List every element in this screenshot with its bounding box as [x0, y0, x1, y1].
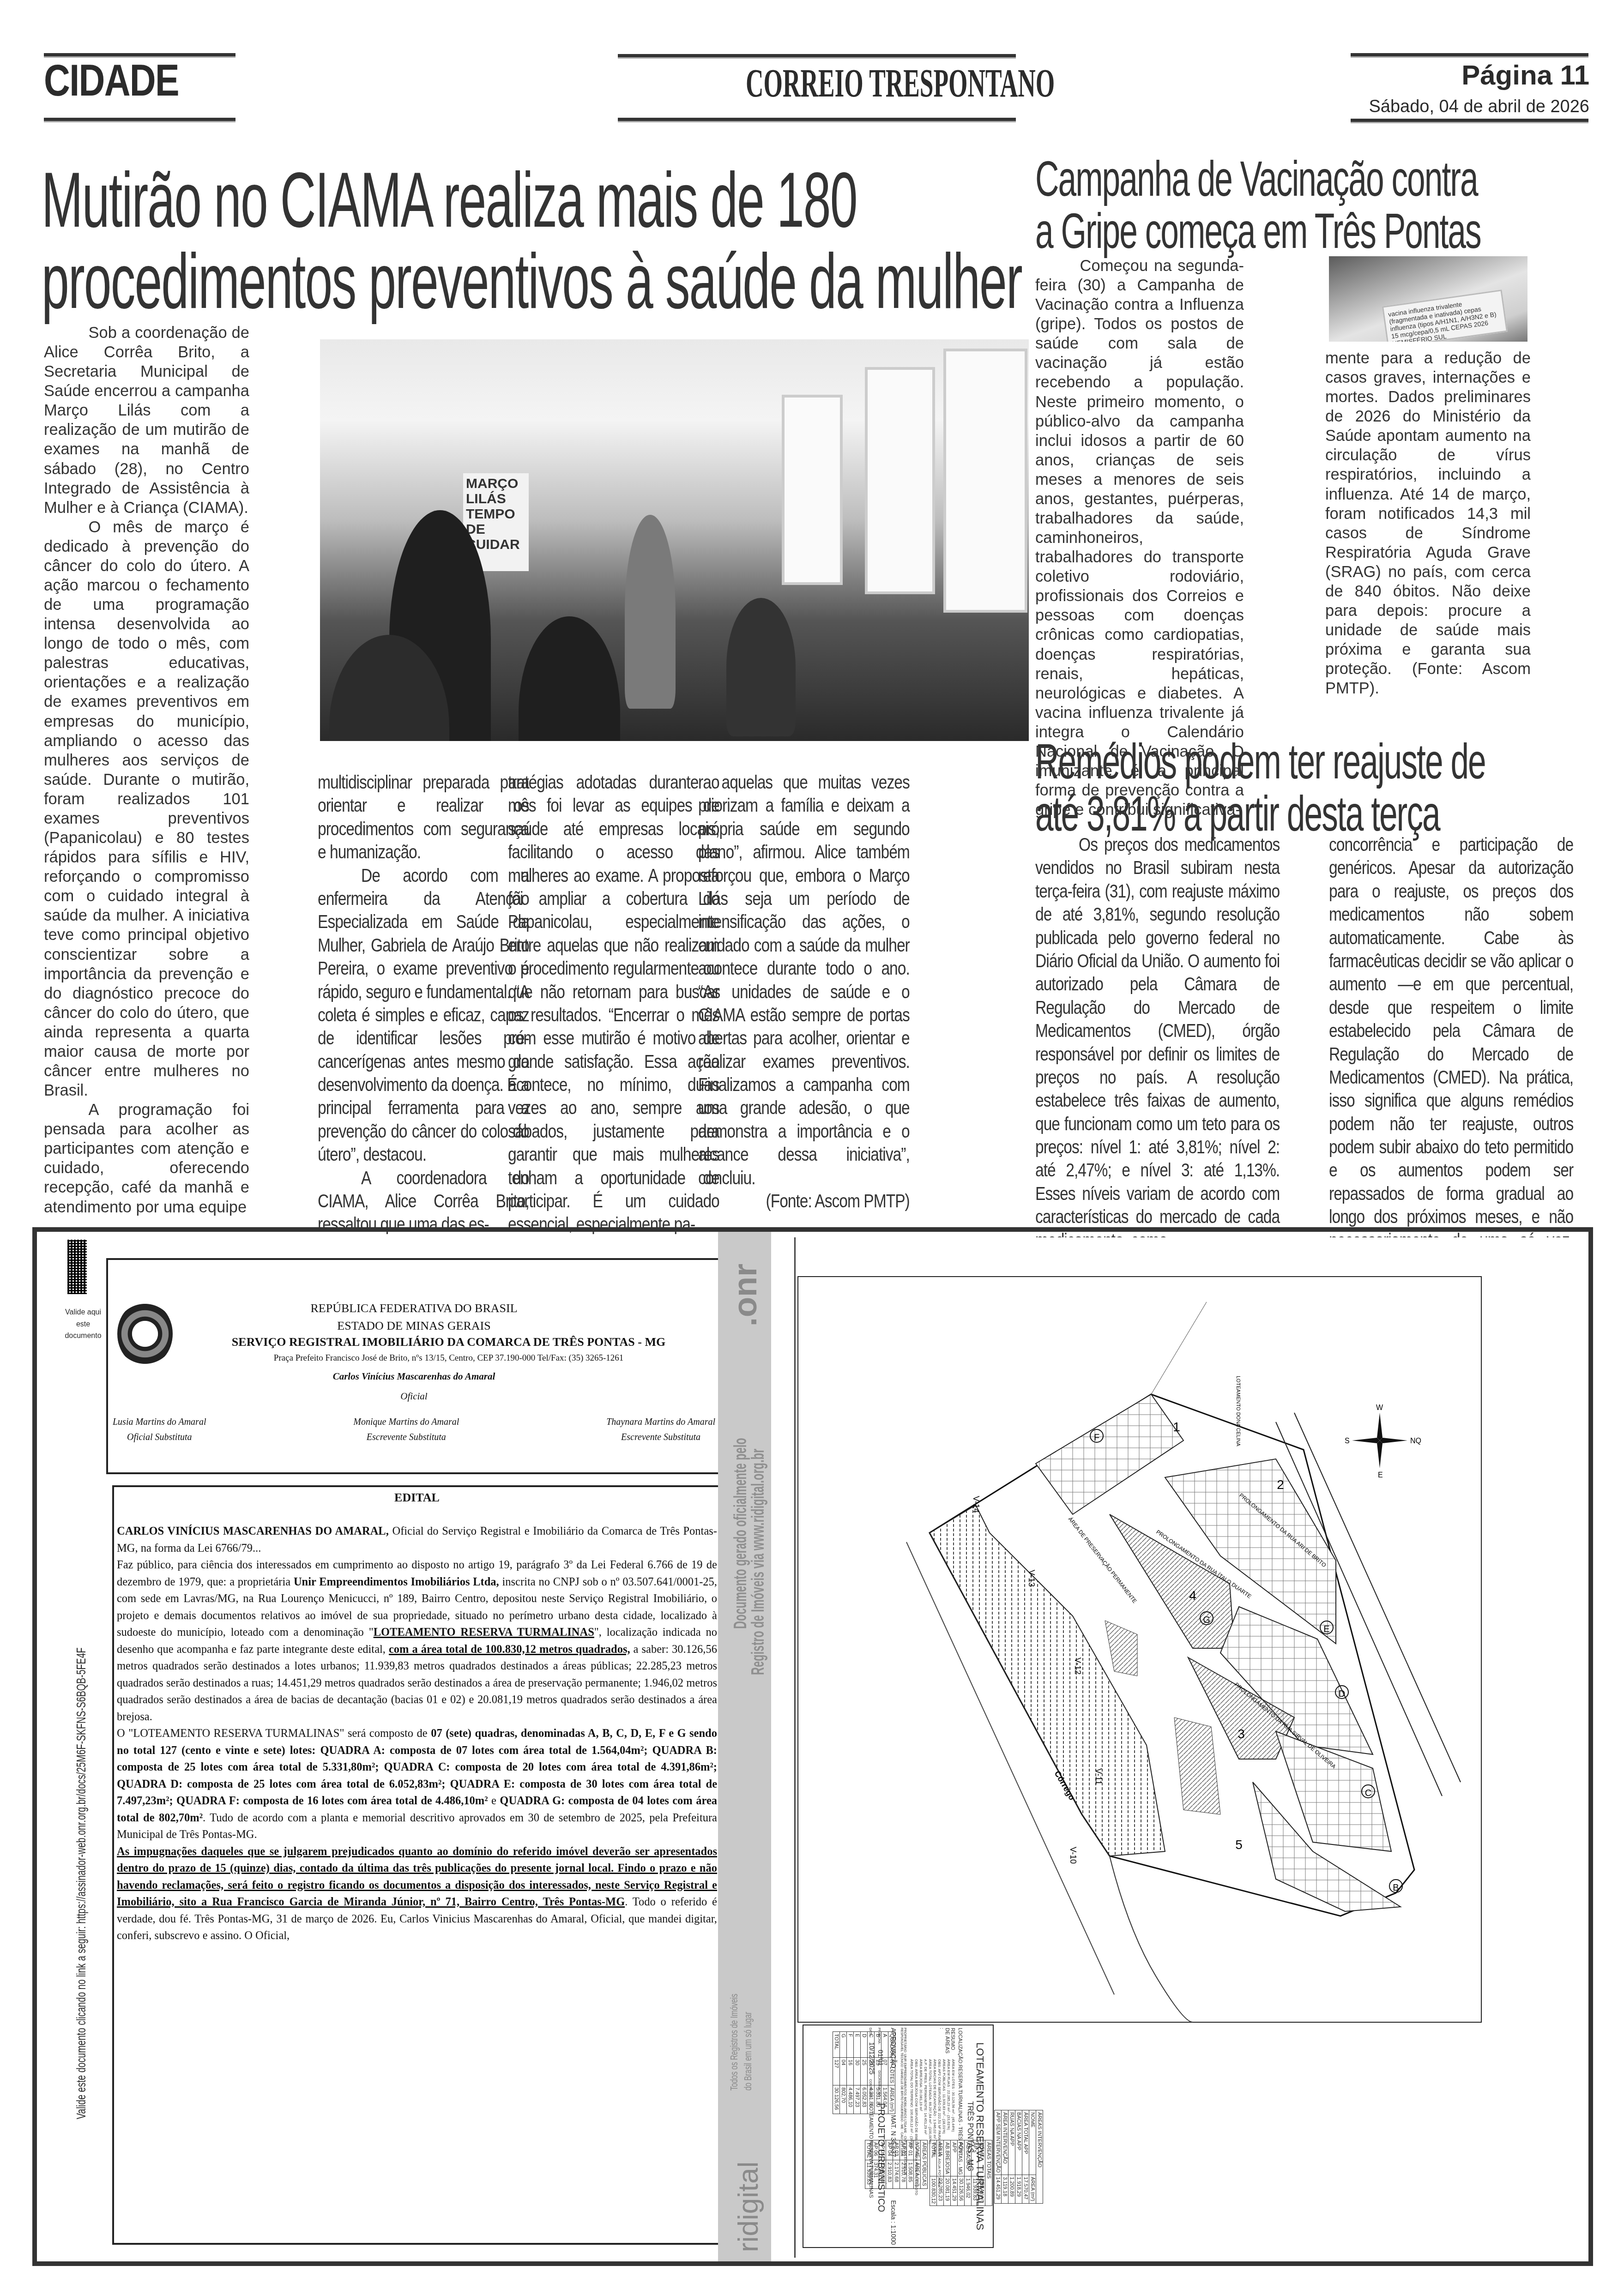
drugs-col2-text: concorrência e participação de genéricos… — [1329, 833, 1573, 1275]
drugs-headline: Remédios podem ter reajuste de até 3,81%… — [1035, 735, 1485, 840]
plan-location: LOCALIZAÇÃO:RESERVA TURMALINAS - TRÊS PO… — [957, 2028, 963, 2245]
ciama-waiting-room-photo: MARÇO LILÁS TEMPO DE CUIDAR — [320, 339, 1029, 741]
substitute-2: Monique Martins do AmaralEscrevente Subs… — [353, 1417, 459, 1443]
edital-p2: Faz público, para ciência dos interessad… — [117, 1557, 717, 1725]
main-col2: multidisciplinar preparada para orientar… — [318, 771, 529, 1236]
plan-city: TRÊS PONTAS - MG — [966, 2028, 974, 2245]
site-plan-drawing: W S NQ E 12345 F E D C B G V-14 V-13 V-1… — [794, 1237, 1588, 2258]
header-rule-right-top — [1351, 53, 1588, 58]
svg-text:2: 2 — [1277, 1477, 1284, 1492]
qr-code-icon[interactable] — [67, 1240, 87, 1294]
vaccine-col2-text: mente para a redução de casos graves, in… — [1325, 349, 1531, 698]
official-name: Carlos Vinícius Mascarenhas do Amaral — [108, 1371, 720, 1382]
vaccine-headline: Campanha de Vacinação contra a Gripe com… — [1035, 152, 1481, 257]
ridigital-tag1: Todos os Registros de Imóveis — [728, 1994, 740, 2091]
edital-p3: O "LOTEAMENTO RESERVA TURMALINAS" será c… — [117, 1725, 717, 1844]
main-col2-p3: A coordenadora do CIAMA, Alice Corrêa Br… — [318, 1167, 529, 1236]
plan-tech: RESPONSÁVEL TÉCNICO: DANIELLE DE BRITO F… — [900, 2028, 903, 2245]
substitute-1: Lusia Martins do AmaralOficial Substitut… — [113, 1417, 206, 1443]
newspaper-name: CORREIO TRESPONTANO — [746, 60, 1055, 106]
ridigital-brand: ridigital — [732, 2162, 765, 2252]
edital-p1: CARLOS VINÍCIUS MASCARENHAS DO AMARAL, O… — [117, 1523, 717, 1557]
header-rule-center-top — [618, 54, 1016, 59]
ridigital-tag2: do Brasil em um só lugar — [742, 2012, 754, 2091]
vaccine-box-label: vacina influenza trivalente (fragmentada… — [1382, 289, 1508, 342]
plan-date: DATA :10/12/2025 CONTEÚDO :LOTEAMENTO RE… — [868, 2028, 875, 2245]
main-col2-p1: multidisciplinar preparada para orientar… — [318, 771, 529, 864]
plan-sheet: PRANCHA :01/01 DISCRIMINAÇÃO :PROJETO UR… — [875, 2028, 886, 2245]
state-title: ESTADO DE MINAS GERAIS — [108, 1319, 720, 1333]
onr-line2[interactable]: Registro de Imóveis via www.ridigital.or… — [749, 1449, 768, 1675]
validate-here-label: Valide aqui este documento — [60, 1307, 106, 1342]
main-col1-p2: O mês de março é dedicado à prevenção do… — [44, 518, 249, 1100]
svg-text:V-13: V-13 — [1027, 1570, 1036, 1587]
svg-text:5: 5 — [1235, 1838, 1243, 1852]
north-arrow-icon: W S NQ E — [1345, 1404, 1421, 1479]
drugs-headline-line1: Remédios podem ter reajuste de — [1035, 735, 1485, 787]
edital-body: EDITAL CARLOS VINÍCIUS MASCARENHAS DO AM… — [112, 1485, 720, 2245]
vaccine-headline-line1: Campanha de Vacinação contra — [1035, 152, 1481, 205]
main-col1-p3: A programação foi pensada para acolher a… — [44, 1100, 249, 1217]
svg-text:1: 1 — [1173, 1420, 1180, 1434]
edital-p4: As impugnações daqueles que se julgarem … — [117, 1844, 717, 1945]
vaccine-col2: mente para a redução de casos graves, in… — [1325, 349, 1531, 698]
main-col1-p1: Sob a coordenação de Alice Corrêa Brito,… — [44, 323, 249, 518]
main-headline-line1: Mutirão no CIAMA realiza mais de 180 — [42, 159, 1022, 241]
substitutes-row: Lusia Martins do AmaralOficial Substitut… — [113, 1417, 715, 1443]
svg-text:S: S — [1345, 1437, 1350, 1445]
republic-title: REPÚBLICA FEDERATIVA DO BRASIL — [108, 1302, 720, 1315]
svg-text:V-12: V-12 — [1073, 1657, 1082, 1675]
onr-sidebar: .onr Documento gerado oficialmente pelo … — [718, 1232, 771, 2261]
plan-summary: ÁREA EM LOTES : 30.126,56 m² - (45,44%)Á… — [909, 2059, 955, 2195]
main-col3: tratégias adotadas durante o mês foi lev… — [508, 771, 719, 1236]
svg-text:3: 3 — [1238, 1727, 1245, 1741]
page-number: Página 11 — [1461, 59, 1589, 91]
section-label: CIDADE — [44, 55, 179, 106]
registry-address: Praça Prefeito Francisco José de Brito, … — [177, 1353, 720, 1363]
edition-date: Sábado, 04 de abril de 2026 — [1369, 97, 1589, 117]
header-rule-left-bottom — [44, 118, 235, 122]
official-role: Oficial — [108, 1391, 720, 1402]
main-headline: Mutirão no CIAMA realiza mais de 180 pro… — [42, 159, 1022, 322]
areas-intervencao-table: ÁREAS INTERVENÇÃO NOMEÁREA (m²) ÁREA TOT… — [994, 2110, 1043, 2204]
validate-link[interactable]: Valide este documento clicando no link a… — [74, 1647, 89, 2119]
plan-meta: APROVAÇÃO :MAT. N 35.637Escala : 1:1000 — [890, 2028, 897, 2245]
main-col3-p1: tratégias adotadas durante o mês foi lev… — [508, 771, 719, 1236]
plan-summary-label: RESUMO DE ÁREAS : — [909, 2028, 955, 2055]
title-block: LOTEAMENTO RESERVA TURMALINAS TRÊS PONTA… — [803, 2025, 994, 2248]
plan-owner: PROPRIETÁRIO: UNIR EMPREENDIMENTOS IMOBI… — [903, 2028, 906, 2245]
svg-text:B: B — [1393, 1883, 1399, 1893]
header-rule-right-bottom — [1351, 119, 1588, 123]
vaccine-headline-line2: a Gripe começa em Três Pontas — [1035, 205, 1481, 257]
svg-text:E: E — [1323, 1624, 1329, 1634]
svg-text:C: C — [1365, 1788, 1371, 1798]
svg-text:F: F — [1094, 1433, 1099, 1443]
main-col1: Sob a coordenação de Alice Corrêa Brito,… — [44, 323, 249, 1217]
registry-office-title: SERVIÇO REGISTRAL IMOBILIÁRIO DA COMARCA… — [177, 1335, 720, 1349]
svg-text:LOTEAMENTO DONA CELINA: LOTEAMENTO DONA CELINA — [1235, 1376, 1241, 1446]
main-col4-p1: ra aquelas que muitas vezes priorizam a … — [698, 771, 910, 1190]
onr-logo: .onr — [726, 1264, 764, 1326]
svg-text:V-11: V-11 — [1094, 1768, 1103, 1785]
drugs-col1: Os preços dos medicamentos vendidos no B… — [1035, 833, 1280, 1252]
drugs-col2: concorrência e participação de genéricos… — [1329, 833, 1573, 1275]
header-rule-center-bottom — [618, 118, 1016, 122]
vaccine-box-photo: vacina influenza trivalente (fragmentada… — [1329, 256, 1527, 342]
drugs-col1-text: Os preços dos medicamentos vendidos no B… — [1035, 833, 1280, 1252]
plan-title: LOTEAMENTO RESERVA TURMALINAS — [974, 2028, 986, 2245]
main-source: (Fonte: Ascom PMTP) — [698, 1190, 910, 1213]
svg-text:E: E — [1378, 1471, 1383, 1479]
drugs-headline-line2: até 3,81% a partir desta terça — [1035, 787, 1485, 839]
onr-line1: Documento gerado oficialmente pelo — [731, 1438, 751, 1629]
main-headline-line2: procedimentos preventivos à saúde da mul… — [42, 241, 1022, 322]
svg-text:G: G — [1203, 1615, 1210, 1625]
registry-header-box: REPÚBLICA FEDERATIVA DO BRASIL ESTADO DE… — [106, 1258, 720, 1474]
svg-text:V-14: V-14 — [972, 1496, 981, 1513]
svg-text:W: W — [1376, 1404, 1383, 1412]
substitute-3: Thaynara Martins do AmaralEscrevente Sub… — [606, 1417, 715, 1443]
main-col4: ra aquelas que muitas vezes priorizam a … — [698, 771, 910, 1213]
edital-text: CARLOS VINÍCIUS MASCARENHAS DO AMARAL, O… — [114, 1523, 720, 1945]
svg-text:V-10: V-10 — [1069, 1847, 1078, 1864]
svg-text:4: 4 — [1189, 1588, 1196, 1603]
svg-text:D: D — [1339, 1689, 1345, 1699]
main-col2-p2: De acordo com a enfermeira da Atenção Es… — [318, 864, 529, 1167]
svg-text:NQ: NQ — [1410, 1437, 1421, 1445]
edital-title: EDITAL — [114, 1491, 720, 1505]
